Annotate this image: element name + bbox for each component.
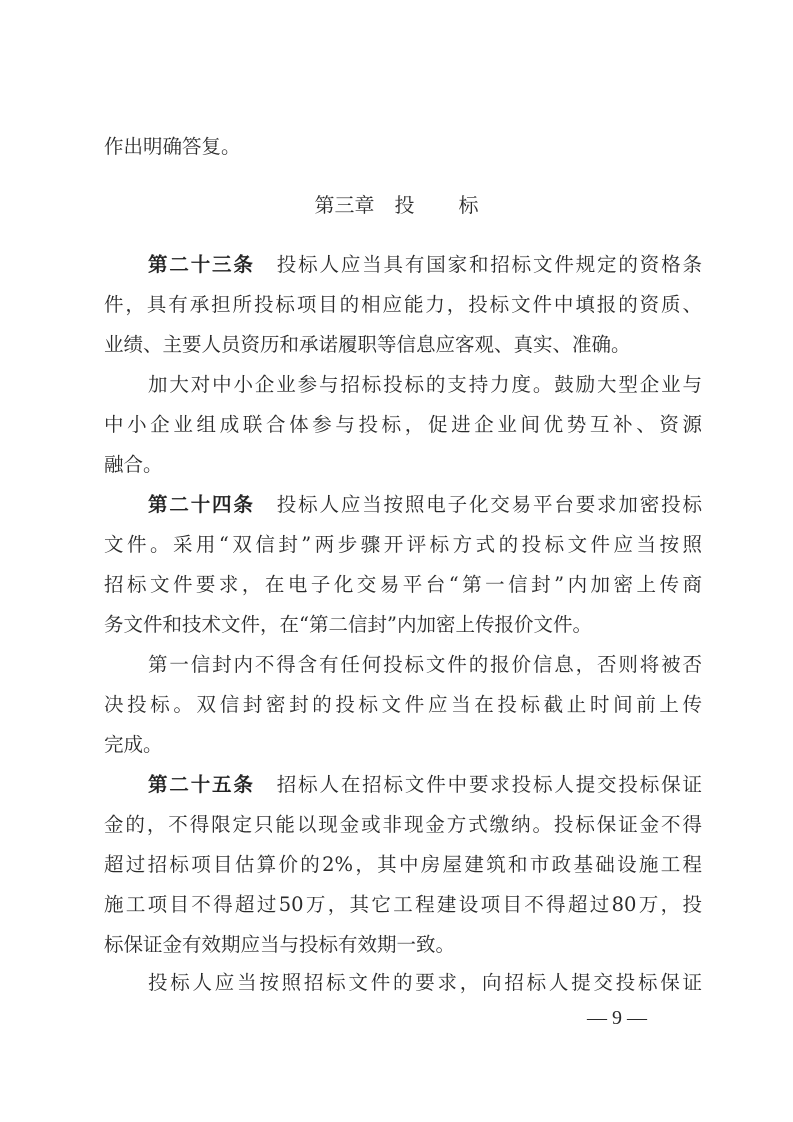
- continuation-text: 作出明确答复。: [104, 132, 702, 162]
- chapter-heading: 第三章投标: [0, 190, 793, 220]
- article-line: 文件。采用“双信封”两步骤开评标方式的投标文件应当按照: [104, 530, 702, 560]
- article-line: 业绩、主要人员资历和承诺履职等信息应客观、真实、准确。: [104, 330, 702, 360]
- article-line: 超过招标项目估算价的2%，其中房屋建筑和市政基础设施工程: [104, 850, 702, 880]
- paragraph-line: 投标人应当按照招标文件的要求，向招标人提交投标保证: [148, 968, 702, 998]
- paragraph-line: 中小企业组成联合体参与投标，促进企业间优势互补、资源: [104, 410, 702, 440]
- chapter-title-part2: 标: [459, 193, 479, 217]
- article-line: 件，具有承担所投标项目的相应能力，投标文件中填报的资质、: [104, 290, 702, 320]
- article-line: 第二十三条投标人应当具有国家和招标文件规定的资格条: [148, 250, 702, 280]
- chapter-title-part1: 投: [395, 193, 415, 217]
- chapter-number: 第三章: [315, 193, 375, 217]
- article-line: 金的，不得限定只能以现金或非现金方式缴纳。投标保证金不得: [104, 810, 702, 840]
- article-line: 标保证金有效期应当与投标有效期一致。: [104, 930, 702, 960]
- article-number: 第二十五条: [148, 773, 255, 796]
- paragraph-line: 加大对中小企业参与招标投标的支持力度。鼓励大型企业与: [148, 370, 702, 400]
- article-line: 招标文件要求，在电子化交易平台“第一信封”内加密上传商: [104, 570, 702, 600]
- article-number: 第二十三条: [148, 253, 255, 276]
- article-line: 第二十四条投标人应当按照电子化交易平台要求加密投标: [148, 490, 702, 520]
- paragraph-line: 融合。: [104, 450, 702, 480]
- continuation-line: 作出明确答复。: [104, 135, 241, 158]
- document-page: 作出明确答复。 第三章投标 第二十三条投标人应当具有国家和招标文件规定的资格条 …: [0, 0, 793, 1122]
- article-number: 第二十四条: [148, 493, 255, 516]
- article-line: 务文件和技术文件，在“第二信封”内加密上传报价文件。: [104, 610, 702, 640]
- article-line: 施工项目不得超过50万，其它工程建设项目不得超过80万，投: [104, 890, 702, 920]
- page-number: — 9 —: [587, 1004, 647, 1032]
- article-line: 第二十五条招标人在招标文件中要求投标人提交投标保证: [148, 770, 702, 800]
- paragraph-line: 完成。: [104, 730, 702, 760]
- paragraph-line: 决投标。双信封密封的投标文件应当在投标截止时间前上传: [104, 690, 702, 720]
- paragraph-line: 第一信封内不得含有任何投标文件的报价信息，否则将被否: [148, 650, 702, 680]
